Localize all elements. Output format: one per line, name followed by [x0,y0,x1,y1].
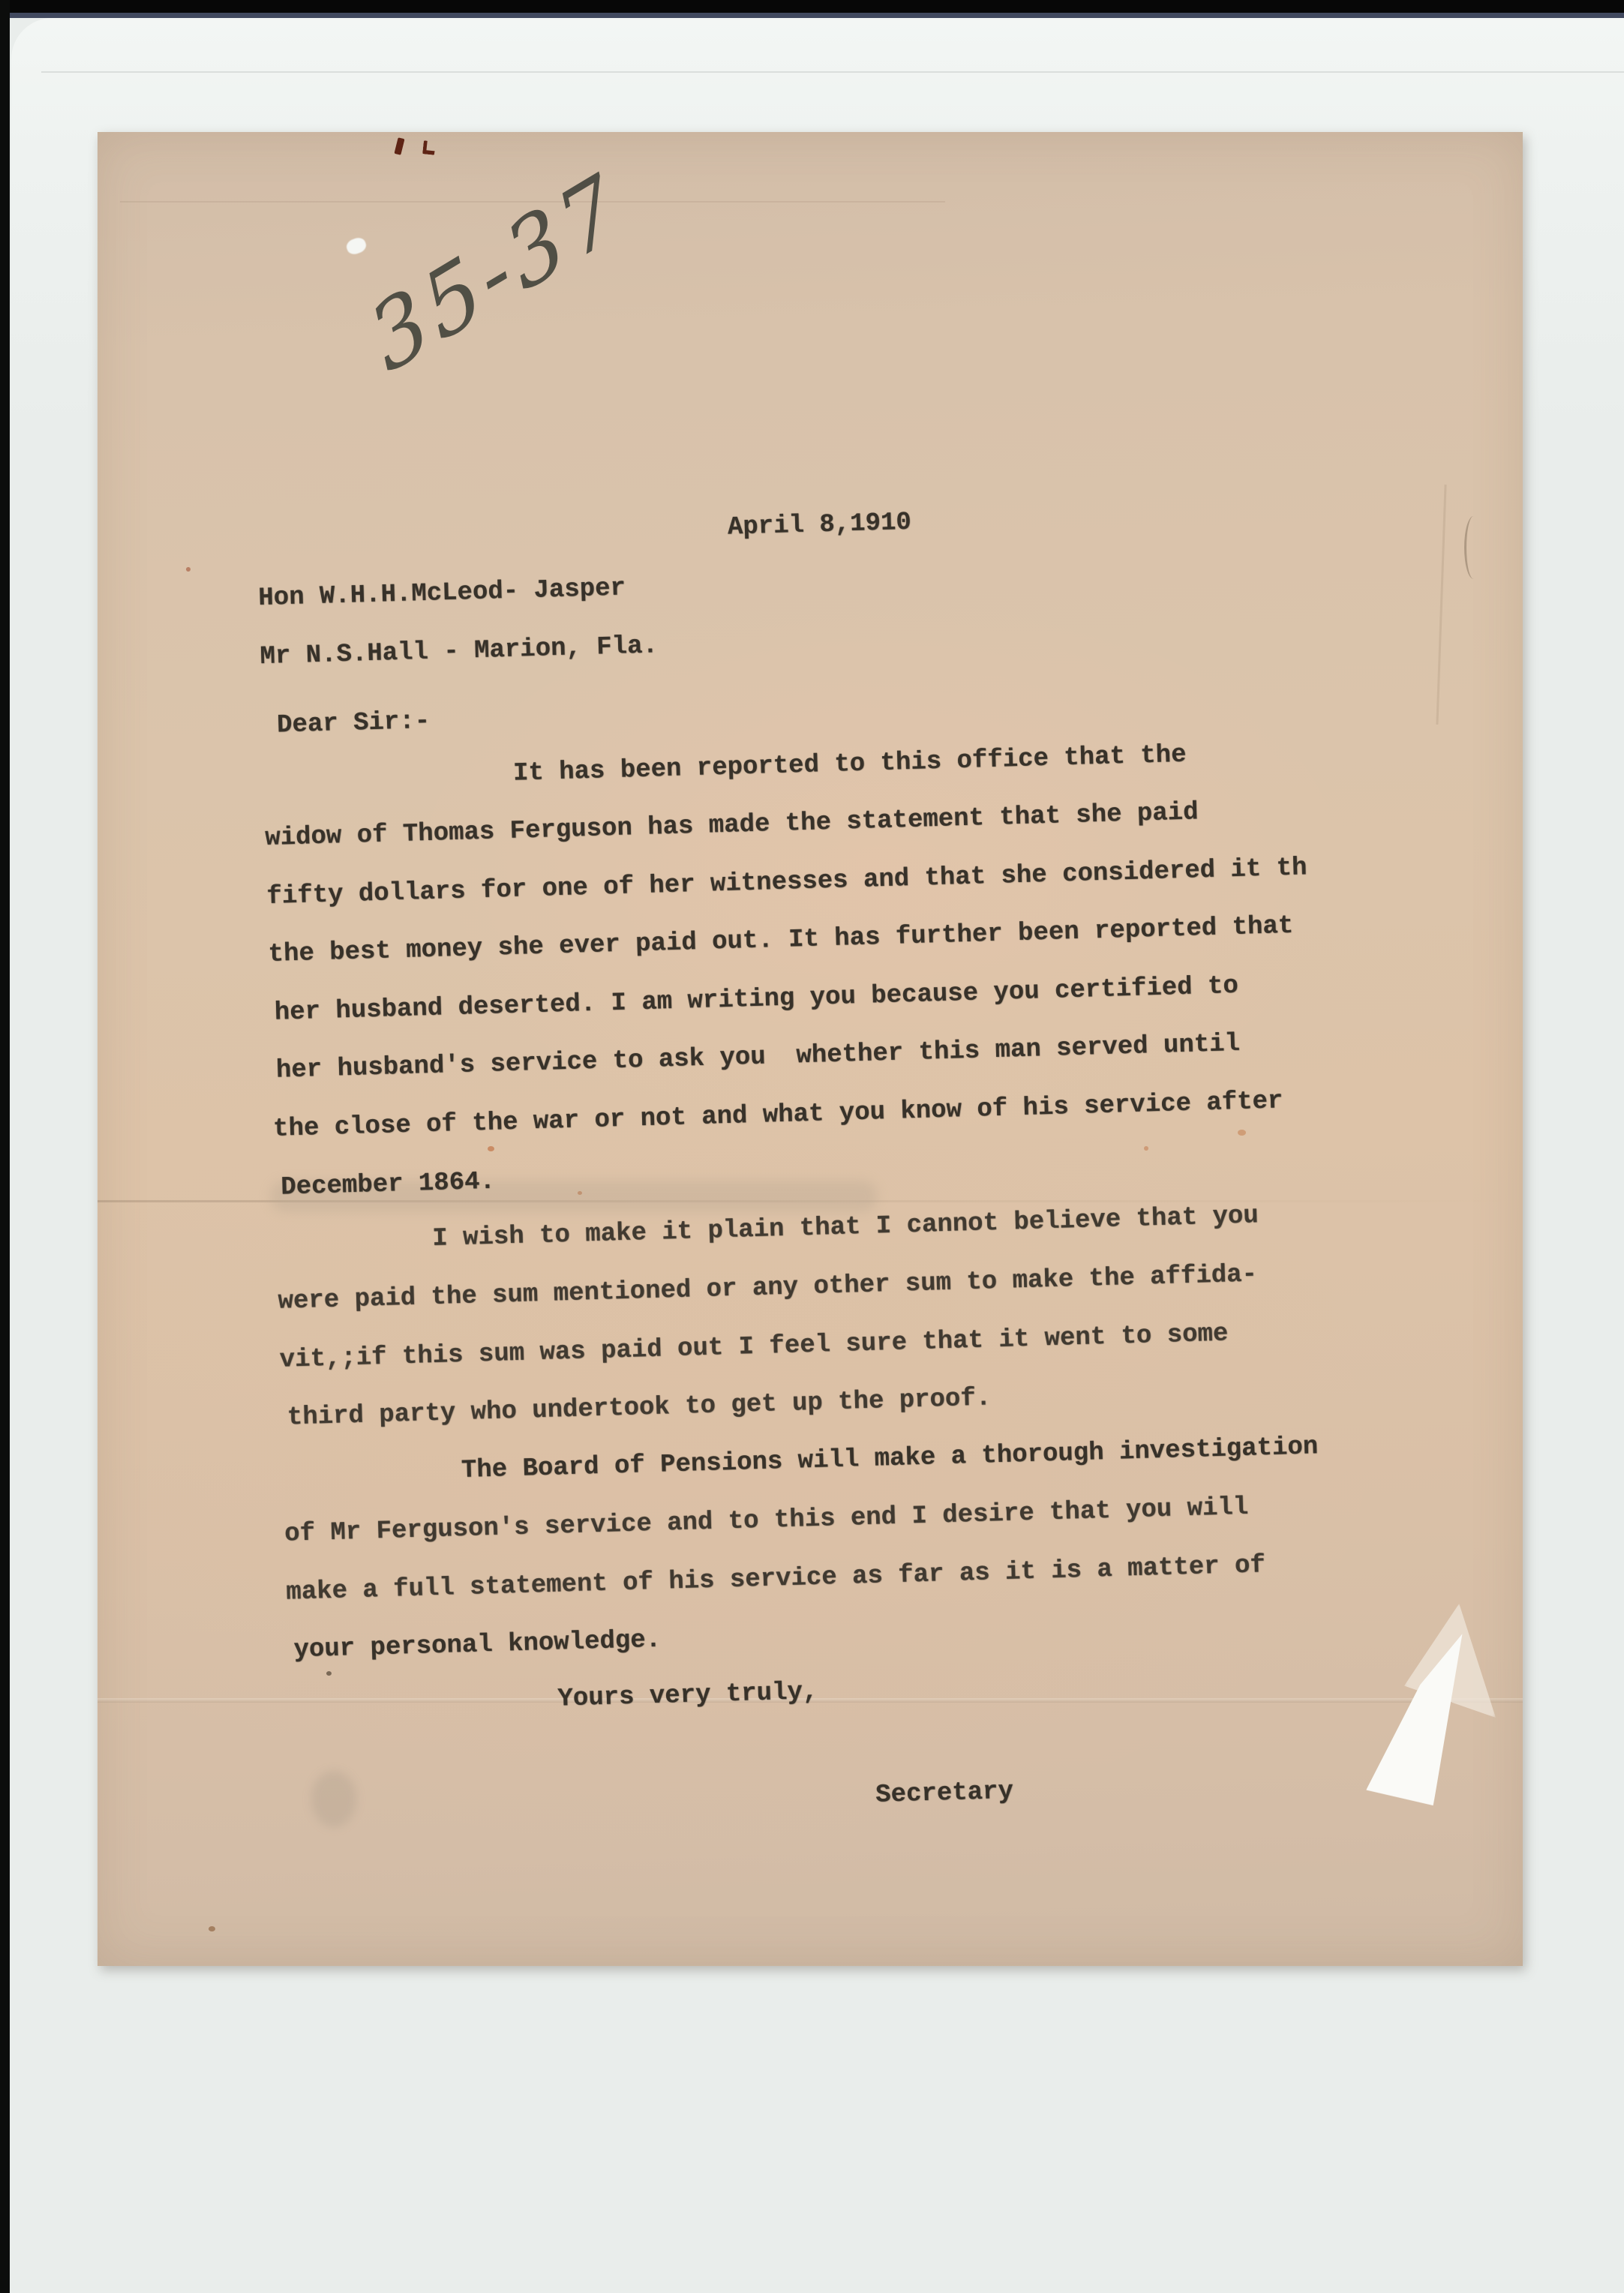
scanned-letter-page: { "scan": { "background_color": "#e9edeb… [0,0,1624,2293]
body-line-15: make a full statement of his service as … [286,1552,1265,1607]
recipient-line-2: Mr N.S.Hall - Marion, Fla. [260,632,658,671]
body-line-8: December 1864. [281,1169,496,1202]
date-line: April 8,1910 [728,509,912,542]
body-line-5: her husband deserted. I am writing you b… [274,973,1238,1028]
body-line-10: were paid the sum mentioned or any other… [278,1261,1257,1316]
typed-text-layer: April 8,1910 Hon W.H.H.McLeod- Jasper Mr… [71,99,1547,1972]
recipient-line-1: Hon W.H.H.McLeod- Jasper [258,575,626,613]
body-line-3: fifty dollars for one of her witnesses a… [266,854,1307,911]
letter-paper: 35-37 April 8,1910 Hon W.H.H.McLeod- Jas… [98,132,1523,1966]
body-line-11: vit,;if this sum was paid out I feel sur… [279,1320,1229,1375]
body-line-12: third party who undertook to get up the … [287,1385,991,1433]
body-line-16: your personal knowledge. [293,1627,662,1665]
body-line-14: of Mr Ferguson's service and to this end… [284,1494,1249,1549]
body-line-9: I wish to make it plain that I cannot be… [432,1202,1259,1253]
salutation-line: Dear Sir:- [277,708,431,740]
scan-frame-top-edge [0,0,1624,13]
body-line-7: the close of the war or not and what you… [273,1088,1283,1144]
signature-line: Secretary [875,1778,1014,1811]
body-line-6: her husband's service to ask you whether… [276,1031,1241,1085]
closing-line: Yours very truly, [557,1679,818,1714]
scanner-backing-crease [41,71,1624,73]
body-line-2: widow of Thomas Ferguson has made the st… [265,799,1199,853]
body-line-13: The Board of Pensions will make a thorou… [461,1433,1319,1485]
body-line-1: It has been reported to this office that… [513,742,1187,788]
scan-frame-top-shadow [0,13,1624,18]
body-line-4: the best money she ever paid out. It has… [268,913,1294,970]
scan-frame-left-edge [0,0,10,2293]
